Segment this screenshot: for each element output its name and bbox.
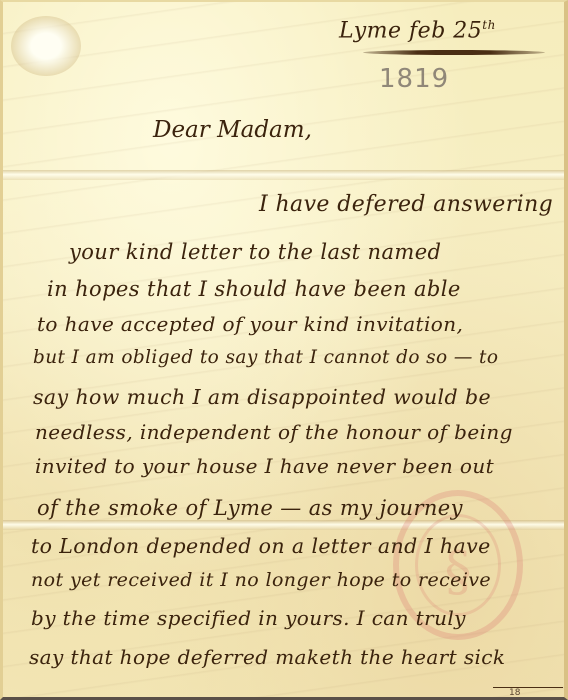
folio-number: 18: [509, 688, 520, 698]
pencil-year-annotation: 1819: [379, 64, 449, 94]
letter-line: needless, independent of the honour of b…: [35, 420, 513, 444]
paper-stain: [11, 16, 81, 76]
letter-line: say how much I am disappointed would be: [33, 385, 491, 409]
letter-line: but I am obliged to say that I cannot do…: [33, 347, 498, 368]
letter-line: your kind letter to the last named: [69, 240, 441, 264]
letter-line: in hopes that I should have been able: [47, 277, 461, 301]
letter-line: I have defered answering: [259, 192, 553, 217]
dateline-flourish: [363, 50, 545, 55]
dateline: Lyme feb 25th: [339, 18, 496, 43]
dateline-suffix: th: [482, 18, 496, 32]
letter-line: of the smoke of Lyme — as my journey: [37, 496, 463, 520]
letter-page: § Lyme feb 25th 1819 Dear Madam, I have …: [0, 0, 568, 700]
fold-crease-upper: [3, 170, 564, 180]
letter-line: not yet received it I no longer hope to …: [31, 569, 491, 591]
letter-line: invited to your house I have never been …: [35, 454, 494, 478]
closing-underline: [493, 687, 563, 688]
letter-line: by the time specified in yours. I can tr…: [31, 606, 466, 630]
letter-line: say that hope deferred maketh the heart …: [29, 645, 505, 669]
letter-line: to have accepted of your kind invitation…: [37, 312, 463, 336]
dateline-text: Lyme feb 25: [339, 18, 482, 43]
salutation: Dear Madam,: [153, 117, 312, 143]
letter-line: to London depended on a letter and I hav…: [31, 534, 491, 558]
